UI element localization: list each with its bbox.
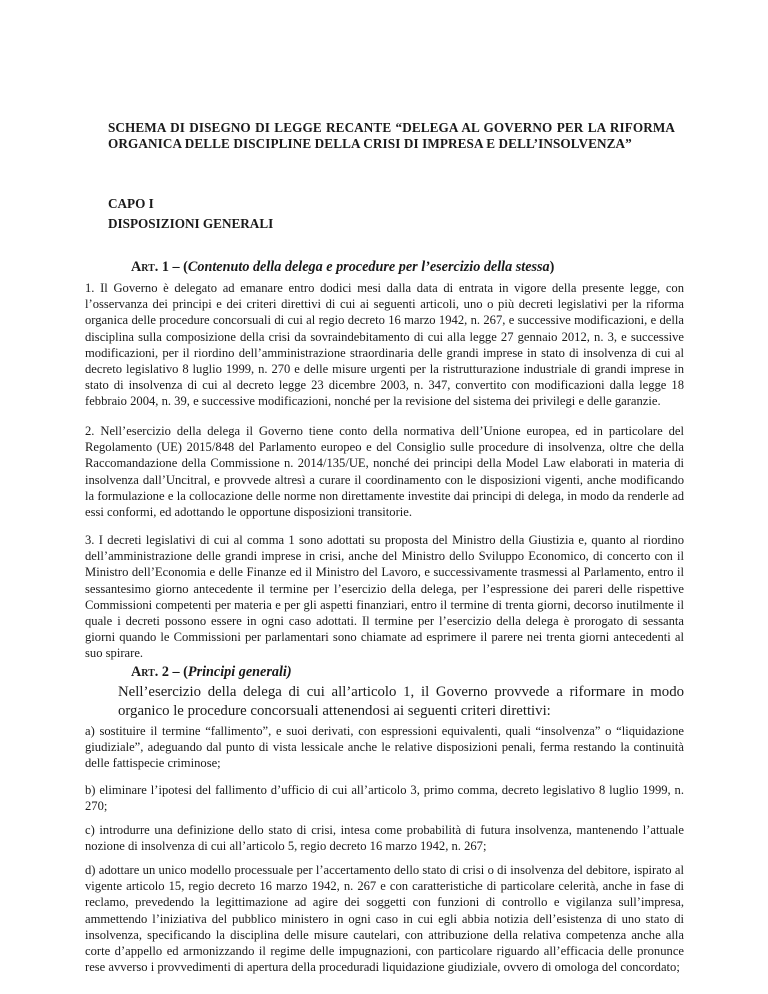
article-2-item-b: b) eliminare l’ipotesi del fallimento d’… — [85, 782, 684, 814]
article-1-topic: Contenuto della delega e procedure per l… — [188, 259, 550, 275]
article-2-item-a: a) sostituire il termine “fallimento”, e… — [85, 723, 684, 772]
document-title: SCHEMA DI DISEGNO DI LEGGE RECANTE “DELE… — [108, 120, 675, 152]
article-1-separator: – ( — [169, 259, 188, 275]
chapter-number: CAPO I — [108, 196, 154, 212]
article-2-item-c: c) introdurre una definizione dello stat… — [85, 822, 684, 854]
article-1-label: Art. 1 — [131, 259, 169, 275]
article-1-paragraph-1: 1. Il Governo è delegato ad emanare entr… — [85, 280, 684, 410]
article-2-label: Art. 2 — [131, 664, 169, 680]
article-2-heading: Art. 2 – (Principi generali) — [131, 664, 292, 681]
article-2-intro: Nell’esercizio della delega di cui all’a… — [118, 683, 684, 720]
article-1-closing: ) — [550, 259, 555, 275]
article-2-separator: – ( — [169, 664, 188, 680]
article-1-paragraph-3: 3. I decreti legislativi di cui al comma… — [85, 532, 684, 662]
article-1-paragraph-2: 2. Nell’esercizio della delega il Govern… — [85, 423, 684, 520]
chapter-title: DISPOSIZIONI GENERALI — [108, 216, 273, 232]
document-page: SCHEMA DI DISEGNO DI LEGGE RECANTE “DELE… — [0, 0, 768, 994]
article-1-heading: Art. 1 – (Contenuto della delega e proce… — [131, 259, 554, 276]
article-2-item-d: d) adottare un unico modello processuale… — [85, 862, 684, 975]
article-2-topic: Principi generali) — [188, 664, 292, 680]
